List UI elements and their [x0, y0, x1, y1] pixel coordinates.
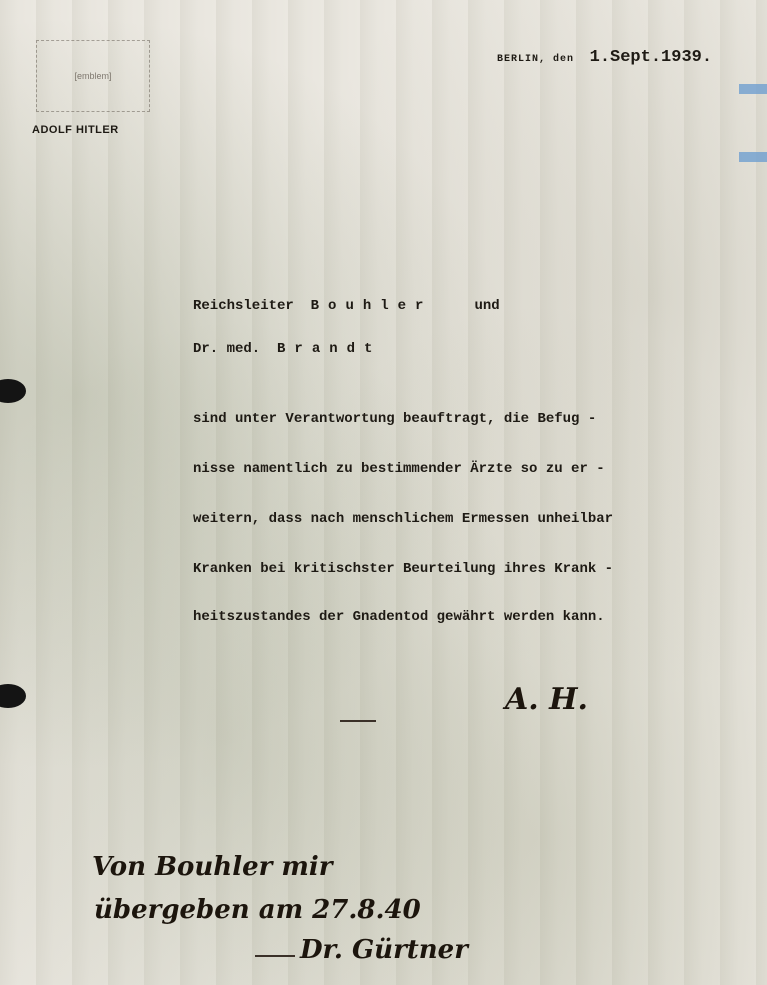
body-line: heitszustandes der Gnadentod gewährt wer…	[193, 609, 605, 625]
note-dash	[255, 955, 295, 957]
conjunction: und	[474, 298, 499, 314]
addressee-name: Bouhler	[311, 298, 433, 314]
date: 1.Sept.1939.	[590, 48, 712, 67]
signature: A. H.	[505, 682, 588, 717]
scan-artifact	[739, 152, 767, 162]
handwritten-note-line: Von Bouhler mir	[92, 852, 332, 882]
signature-line	[340, 720, 376, 722]
body-line: Kranken bei kritischster Beurteilung ihr…	[193, 561, 613, 577]
place: BERLIN, den	[497, 54, 574, 65]
addressee-line-2: Dr. med. Brandt	[193, 341, 381, 357]
addressee-name: Brandt	[277, 341, 381, 357]
body-line: nisse namentlich zu bestimmender Ärzte s…	[193, 461, 605, 477]
addressee-line-1: Reichsleiter Bouhler und	[193, 298, 500, 314]
addressee-title: Dr. med.	[193, 341, 260, 357]
handwritten-note-line: Dr. Gürtner	[300, 935, 468, 965]
document-paper	[0, 0, 767, 985]
letterhead-name: ADOLF HITLER	[32, 124, 119, 136]
body-line: sind unter Verantwortung beauftragt, die…	[193, 411, 596, 427]
letterhead-emblem-placeholder: [emblem]	[36, 40, 150, 112]
body-line: weitern, dass nach menschlichem Ermessen…	[193, 511, 613, 527]
addressee-title: Reichsleiter	[193, 298, 294, 314]
place-date: BERLIN, den 1.Sept.1939.	[497, 48, 712, 67]
handwritten-note-line: übergeben am 27.8.40	[94, 895, 421, 925]
scan-artifact	[739, 84, 767, 94]
